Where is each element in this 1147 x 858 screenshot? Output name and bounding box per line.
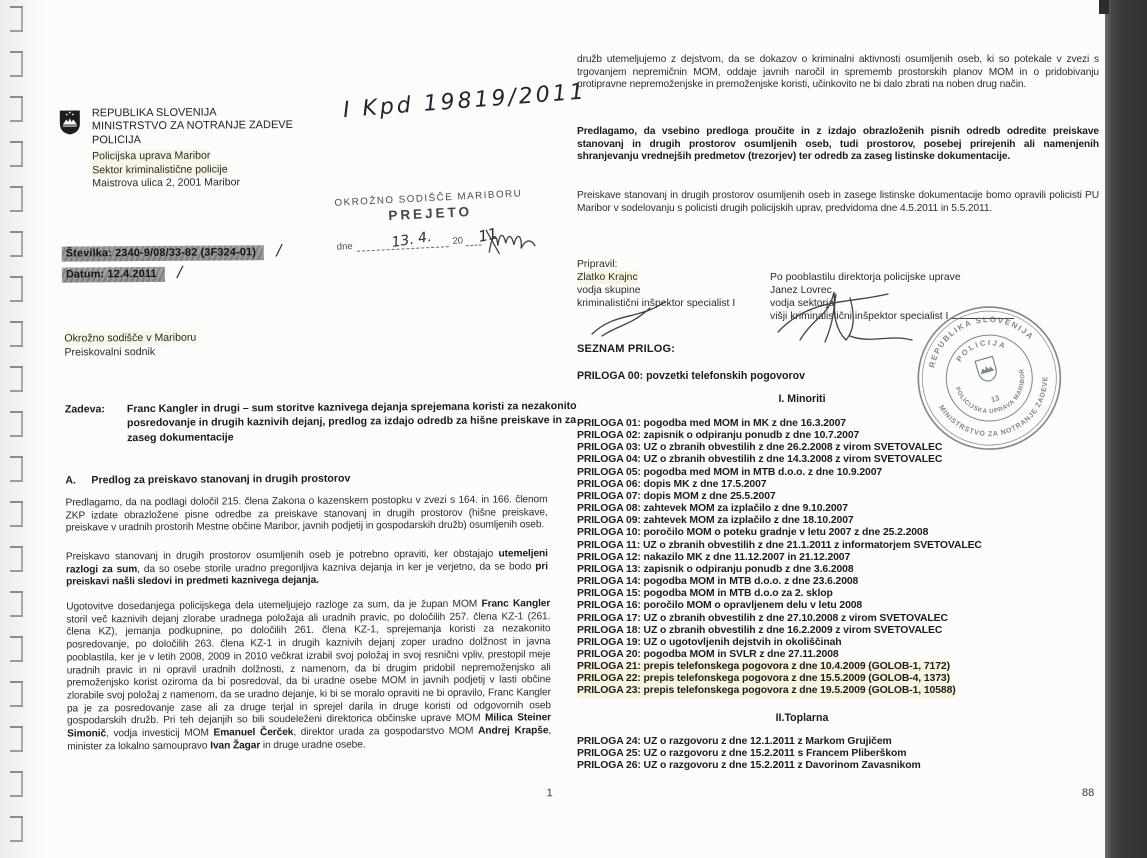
binding-mark bbox=[8, 51, 23, 77]
binding-mark bbox=[8, 501, 23, 527]
paragraph: Preiskavo stanovanj in drugih prostorov … bbox=[66, 548, 548, 589]
attachment-line: PRILOGA 23: prepis telefonskega pogovora… bbox=[577, 685, 956, 697]
prepared-by-role: vodja skupine bbox=[577, 284, 735, 297]
text-segment: , da so osebe storile uradno pregonljiva… bbox=[137, 561, 535, 575]
addressee-line: Preiskovalni sodnik bbox=[64, 345, 196, 360]
binding-mark bbox=[8, 636, 23, 662]
binding-mark bbox=[8, 96, 23, 122]
attachments-heading: SEZNAM PRILOG: bbox=[577, 343, 675, 355]
text-segment: , direktor urada za gospodarstvo MOM bbox=[293, 726, 478, 738]
attachment-line: PRILOGA 11: UZ o zbranih obvestilih z dn… bbox=[577, 540, 982, 552]
binding-mark bbox=[8, 591, 23, 617]
case-reference-block: Številka: 2340-9/08/33-82 (3F324-01) / D… bbox=[62, 241, 282, 285]
text-segment: in druge uradne osebe. bbox=[260, 739, 365, 751]
court-receipt-stamp: OKROŽNO SODIŠČE MARIBORU PREJETO dne 20 … bbox=[334, 188, 527, 253]
paragraph: Preiskave stanovanj in drugih prostorov … bbox=[577, 190, 1099, 215]
letterhead-line: MINISTRSTVO ZA NOTRANJE ZADEVE bbox=[92, 119, 293, 134]
text-segment: Ivan Žagar bbox=[210, 740, 260, 751]
addressee-line: Okrožno sodišče v Mariboru bbox=[64, 331, 196, 346]
binding-mark bbox=[8, 411, 23, 437]
handwritten-slash: / bbox=[276, 241, 281, 259]
attachment-line: PRILOGA 24: UZ o razgovoru z dne 12.1.20… bbox=[577, 736, 921, 748]
binding-mark bbox=[8, 726, 23, 752]
letterhead-line: Maistrova ulica 2, 2001 Maribor bbox=[92, 176, 293, 191]
paragraph: Predlagamo, da vsebino predloga proučite… bbox=[577, 126, 1099, 164]
binding-mark bbox=[8, 816, 23, 842]
attachment-line: PRILOGA 20: pogodba MOM in SVLR z dne 27… bbox=[577, 649, 982, 661]
attachment-line: PRILOGA 19: UZ o ugotovljenih dejstvih i… bbox=[577, 637, 982, 649]
binding-mark bbox=[8, 141, 23, 167]
section-a-heading: A.Predlog za preiskavo stanovanj in drug… bbox=[65, 473, 350, 487]
letterhead: REPUBLIKA SLOVENIJAMINISTRSTVO ZA NOTRAN… bbox=[59, 106, 294, 192]
handwritten-case-number: I Kpd 19819/2011 bbox=[342, 79, 587, 123]
page-number-left: 1 bbox=[547, 787, 553, 799]
section-a-number: A. bbox=[65, 474, 91, 486]
addressee-court: Okrožno sodišče v MariboruPreiskovalni s… bbox=[64, 331, 196, 360]
section-a-title: Predlog za preiskavo stanovanj in drugih… bbox=[91, 473, 350, 487]
attachment-line: PRILOGA 15: pogodba MOM in MTB d.o.o za … bbox=[577, 588, 982, 600]
binding-mark bbox=[8, 546, 23, 572]
attachment-line: PRILOGA 18: UZ o zbranih obvestilih z dn… bbox=[577, 625, 982, 637]
attachments-list-minoriti: PRILOGA 01: pogodba med MOM in MK z dne … bbox=[577, 418, 982, 698]
binding-mark bbox=[8, 276, 23, 302]
attachments-list-toplarna: PRILOGA 24: UZ o razgovoru z dne 12.1.20… bbox=[577, 736, 921, 772]
page-number-right: 88 bbox=[1082, 787, 1094, 799]
subject-block: Zadeva: Franc Kangler in drugi – sum sto… bbox=[65, 399, 605, 446]
attachment-line: PRILOGA 04: UZ o zbranih obvestilih z dn… bbox=[577, 454, 982, 466]
authorization-line: Po pooblastilu direktorja policijske upr… bbox=[770, 271, 1014, 284]
ministry-lines: REPUBLIKA SLOVENIJAMINISTRSTVO ZA NOTRAN… bbox=[92, 106, 293, 148]
attachment-line: PRILOGA 25: UZ o razgovoru z dne 15.2.20… bbox=[577, 748, 921, 760]
police-unit-lines: Policijska uprava MariborSektor kriminal… bbox=[92, 149, 293, 191]
binding-mark bbox=[8, 456, 23, 482]
stamp-crest-icon bbox=[975, 356, 999, 383]
attachment-line: PRILOGA 06: dopis MK z dne 17.5.2007 bbox=[577, 479, 982, 491]
coat-of-arms-icon bbox=[59, 109, 81, 135]
scan-edge-shadow bbox=[1105, 0, 1147, 858]
attachment-line: PRILOGA 26: UZ o razgovoru z dne 15.2.20… bbox=[577, 760, 921, 772]
attachment-line: PRILOGA 12: nakazilo MK z dne 11.12.2007… bbox=[577, 552, 982, 564]
binding-mark bbox=[8, 681, 23, 707]
attachment-line: PRILOGA 17: UZ o zbranih obvestilih z dn… bbox=[577, 613, 982, 625]
attachment-line: PRILOGA 09: zahtevek MOM za izplačilo z … bbox=[577, 515, 982, 527]
scanned-document: REPUBLIKA SLOVENIJAMINISTRSTVO ZA NOTRAN… bbox=[0, 0, 1147, 858]
attachment-line: PRILOGA 02: zapisnik o odpiranju ponudb … bbox=[577, 430, 982, 442]
receipt-signature-scribble bbox=[484, 221, 546, 258]
binding-mark bbox=[8, 366, 23, 392]
attachment-00: PRILOGA 00: povzetki telefonskih pogovor… bbox=[577, 370, 805, 382]
letterhead-line: Sektor kriminalistične policije bbox=[92, 163, 228, 178]
text-segment: Franc Kangler bbox=[481, 598, 550, 609]
attachment-line: PRILOGA 16: poročilo MOM o opravljenem d… bbox=[577, 600, 982, 612]
attachment-line: PRILOGA 21: prepis telefonskega pogovora… bbox=[577, 661, 950, 673]
attachment-line: PRILOGA 08: zahtevek MOM za izplačilo z … bbox=[577, 503, 982, 515]
text-segment: storil več kaznivih dejanj zlorabe uradn… bbox=[66, 611, 551, 727]
letterhead-line: REPUBLIKA SLOVENIJA bbox=[92, 106, 293, 121]
binding-mark bbox=[8, 771, 23, 797]
attachment-line: PRILOGA 03: UZ o zbranih obvestilih z dn… bbox=[577, 442, 982, 454]
binding-mark bbox=[8, 231, 23, 257]
binding-mark bbox=[8, 186, 23, 212]
handwritten-slash: / bbox=[177, 263, 182, 281]
text-segment: Preiskavo stanovanj in drugih prostorov … bbox=[66, 549, 499, 563]
letterhead-line: Policijska uprava Maribor bbox=[92, 150, 210, 164]
attachment-line: PRILOGA 10: poročilo MOM o poteku gradnj… bbox=[577, 527, 982, 539]
attachments-section2-title: II.Toplarna bbox=[577, 712, 1027, 724]
text-segment: Ugotovitve dosedanjega policijskega dela… bbox=[66, 599, 481, 613]
text-segment: Andrej Krapše bbox=[478, 725, 548, 736]
text-segment: , vodja investicij MOM bbox=[106, 728, 214, 740]
receipt-stamp-dne-label: dne bbox=[337, 241, 353, 253]
paragraph: družb utemeljujemo z dejstvom, da se dok… bbox=[577, 54, 1099, 92]
prepared-by-label: Pripravil: bbox=[577, 258, 735, 271]
attachment-line: PRILOGA 13: zapisnik o odpiranju ponudb … bbox=[577, 564, 982, 576]
prepared-by-name: Zlatko Krajnc bbox=[577, 271, 638, 284]
attachment-line: PRILOGA 22: prepis telefonskega pogovora… bbox=[577, 673, 950, 685]
attachment-line: PRILOGA 05: pogodba med MOM in MTB d.o.o… bbox=[577, 467, 982, 479]
letterhead-line: POLICIJA bbox=[92, 133, 293, 148]
case-date: Datum: 12.4.2011 bbox=[62, 267, 165, 283]
stamp-number: 13 bbox=[990, 393, 1001, 404]
subject-label: Zadeva: bbox=[65, 402, 105, 417]
subject-text: Franc Kangler in drugi – sum storitve ka… bbox=[127, 400, 577, 444]
paragraph: Ugotovitve dosedanjega policijskega dela… bbox=[66, 598, 551, 754]
spiral-binding bbox=[8, 6, 23, 842]
attachment-line: PRILOGA 07: dopis MOM z dne 25.5.2007 bbox=[577, 491, 982, 503]
left-signature-scribble bbox=[590, 300, 680, 340]
paragraph: Predlagamo, da na podlagi določil 215. č… bbox=[65, 494, 547, 535]
text-segment: Emanuel Čerček bbox=[213, 727, 293, 739]
binding-mark bbox=[8, 321, 23, 347]
attachment-line: PRILOGA 14: pogodba MOM in MTB d.o.o. z … bbox=[577, 576, 982, 588]
case-number: Številka: 2340-9/08/33-82 (3F324-01) bbox=[62, 245, 264, 261]
receipt-stamp-year-prefix: 20 bbox=[452, 235, 463, 247]
